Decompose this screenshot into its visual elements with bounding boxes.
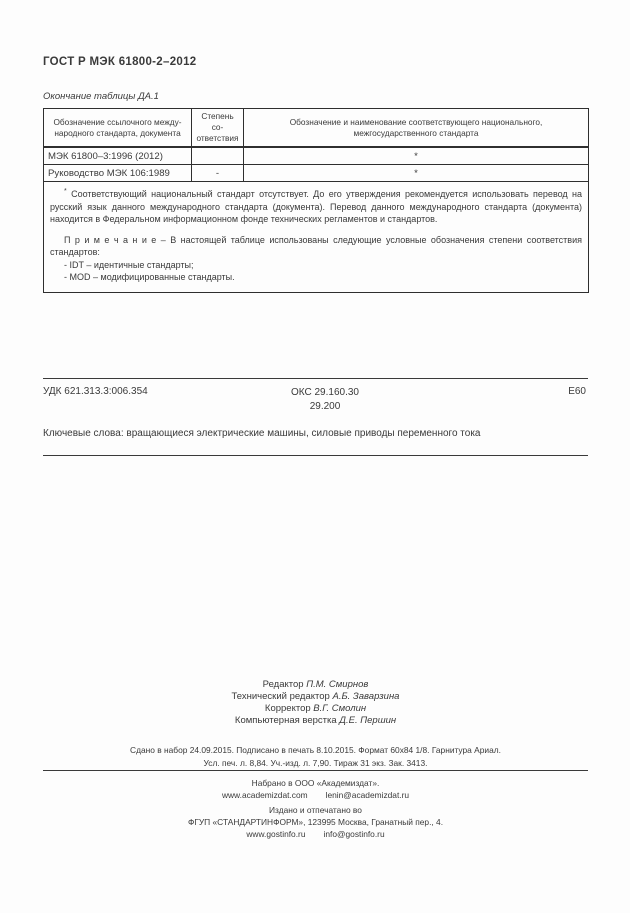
table-row: МЭК 61800–3:1996 (2012) *	[44, 147, 589, 165]
staff-name: А.Б. Заварзина	[332, 691, 399, 702]
degree-cell	[192, 147, 244, 165]
staff-line: Корректор В.Г. Смолин	[43, 703, 588, 715]
divider-below-keywords	[43, 455, 588, 456]
typesetter-website: www.academizdat.com	[222, 790, 308, 800]
divider-above-publisher	[43, 770, 588, 771]
keywords-line: Ключевые слова: вращающиеся электрически…	[43, 428, 588, 439]
print-info-line: Усл. печ. л. 8,84. Уч.-изд. л. 7,90. Тир…	[43, 757, 588, 770]
typesetter-block: Набрано в ООО «Академиздат». www.academi…	[43, 777, 588, 801]
staff-name: Д.Е. Першин	[339, 715, 396, 726]
footnote-paragraph: * Соответствующий национальный стандарт …	[50, 186, 582, 226]
reference-cell: Руководство МЭК 106:1989	[44, 165, 192, 182]
oks-code: ОКС 29.160.30 29.200	[265, 386, 385, 413]
printer-block: Издано и отпечатано во ФГУП «СТАНДАРТИНФ…	[43, 804, 588, 840]
printer-address: ФГУП «СТАНДАРТИНФОРМ», 123995 Москва, Гр…	[43, 816, 588, 828]
page-title: ГОСТ Р МЭК 61800-2–2012	[43, 56, 196, 68]
staff-role: Редактор	[263, 679, 304, 690]
note-item: - IDT – идентичные стандарты;	[50, 259, 582, 272]
table-row: Руководство МЭК 106:1989 - *	[44, 165, 589, 182]
footnote-marker: *	[64, 188, 67, 195]
print-info-line: Сдано в набор 24.09.2015. Подписано в пе…	[43, 744, 588, 757]
reference-standards-table: Обозначение ссылочного между- народного …	[43, 108, 589, 293]
printer-email: info@gostinfo.ru	[324, 829, 385, 839]
national-cell: *	[244, 147, 589, 165]
header-reference-standard: Обозначение ссылочного между- народного …	[44, 109, 192, 148]
staff-line: Технический редактор А.Б. Заварзина	[43, 691, 588, 703]
staff-line: Редактор П.М. Смирнов	[43, 679, 588, 691]
udk-code: УДК 621.313.3:006.354	[43, 386, 148, 397]
print-info-block: Сдано в набор 24.09.2015. Подписано в пе…	[43, 744, 588, 769]
staff-block: Редактор П.М. Смирнов Технический редакт…	[43, 679, 588, 727]
degree-cell: -	[192, 165, 244, 182]
note-label: П р и м е ч а н и е	[64, 235, 156, 245]
footnote-text: Соответствующий национальный стандарт от…	[50, 189, 582, 224]
printer-contacts: www.gostinfo.ruinfo@gostinfo.ru	[43, 828, 588, 840]
table-caption: Окончание таблицы ДА.1	[43, 91, 159, 102]
staff-role: Компьютерная верстка	[235, 715, 337, 726]
divider-above-codes	[43, 378, 588, 379]
note-item: - MOD – модифицированные стандарты.	[50, 271, 582, 284]
footnote-cell: * Соответствующий национальный стандарт …	[44, 182, 589, 293]
table-header-row: Обозначение ссылочного между- народного …	[44, 109, 589, 148]
staff-name: П.М. Смирнов	[306, 679, 368, 690]
typesetter-email: lenin@academizdat.ru	[326, 790, 409, 800]
table-footnote-row: * Соответствующий национальный стандарт …	[44, 182, 589, 293]
staff-role: Корректор	[265, 703, 311, 714]
reference-cell: МЭК 61800–3:1996 (2012)	[44, 147, 192, 165]
table-note: П р и м е ч а н и е – В настоящей таблиц…	[50, 234, 582, 259]
document-page: ГОСТ Р МЭК 61800-2–2012 Окончание таблиц…	[0, 0, 630, 913]
staff-line: Компьютерная верстка Д.Е. Першин	[43, 715, 588, 727]
staff-role: Технический редактор	[232, 691, 330, 702]
header-degree: Степень со- ответствия	[192, 109, 244, 148]
staff-name: В.Г. Смолин	[313, 703, 366, 714]
national-cell: *	[244, 165, 589, 182]
printer-line: Издано и отпечатано во	[43, 804, 588, 816]
header-national-standard: Обозначение и наименование соответствующ…	[244, 109, 589, 148]
typesetter-contacts: www.academizdat.comlenin@academizdat.ru	[43, 789, 588, 801]
typesetter-line: Набрано в ООО «Академиздат».	[43, 777, 588, 789]
group-code: Е60	[568, 386, 586, 397]
printer-website: www.gostinfo.ru	[246, 829, 305, 839]
